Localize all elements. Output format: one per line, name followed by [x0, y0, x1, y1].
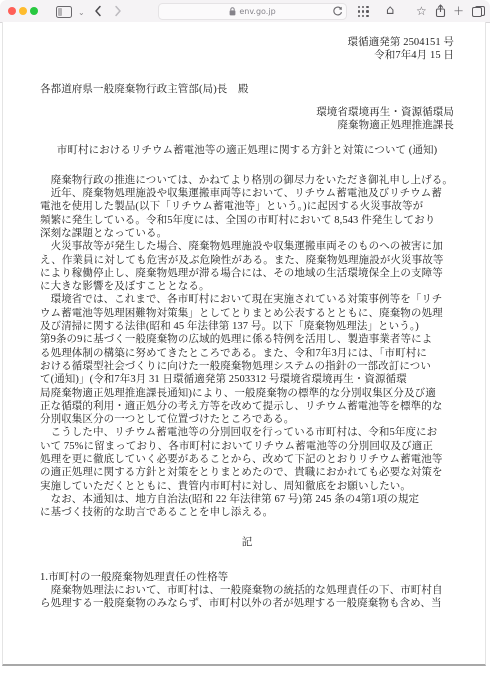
doc-body-line: なお、本通知は、地方自治法(昭和 22 年法律第 67 号)第 245 条の4第… — [40, 493, 454, 506]
doc-body-line: おける循環型社会づくりに向けた一般廃棄物処理システムの指針の一部改訂につい — [40, 360, 454, 373]
sidebar-icon[interactable] — [56, 6, 72, 18]
doc-body-line: 分別収集区分の一つとして位置づけたところである。 — [40, 413, 454, 426]
minimize-window-button[interactable] — [19, 7, 27, 15]
new-tab-icon[interactable]: + — [453, 5, 464, 18]
doc-body: 廃棄物行政の推進については、かねてより格別の御尽力をいただき御礼申し上げる。 近… — [40, 174, 454, 520]
chevron-down-icon[interactable]: ⌄ — [78, 8, 85, 17]
doc-body-line: 火災事故等が発生した場合、廃棄物処理施設や収集運搬車両そのものへの被害に加 — [40, 240, 454, 253]
doc-body-line: 正な循環的利用・適正処分の考え方等を改めて提示し、リチウム蓄電池等を標準的な — [40, 400, 454, 413]
lock-icon — [229, 7, 236, 16]
zoom-window-button[interactable] — [30, 7, 38, 15]
back-icon[interactable] — [94, 5, 102, 17]
doc-body-line: いて 75%に留まっており、各市町村においてリチウム蓄電池等の分別回収及び適正 — [40, 440, 454, 453]
browser-toolbar: ⌄ env.go.jp ⌂ ☆ + — [0, 0, 490, 23]
doc-body-line: て(通知)」(令和7年3月 31 日環循適発第 2503312 号環境省環境再生… — [40, 373, 454, 386]
doc-body-line: る処理体制の構築に努めてきたところである。また、令和7年3月には、「市町村に — [40, 347, 454, 360]
record-marker: 記 — [40, 536, 454, 549]
home-icon[interactable]: ⌂ — [386, 4, 394, 17]
section-1-heading: 1.市町村の一般廃棄物処理責任の性格等 — [40, 571, 454, 584]
sender-line: 環境省環境再生・資源循環局 — [40, 106, 454, 119]
doc-body-line: に基づく技術的な助言であることを申し添える。 — [40, 506, 454, 519]
document-number: 環循適発第 2504151 号 — [40, 36, 454, 49]
doc-body-line: 頻繁に発生している。令和5年度には、全国の市町村において 8,543 件発生して… — [40, 214, 454, 227]
doc-body-line: 近年、廃棄物処理施設や収集運搬車両等において、リチウム蓄電池及びリチウム蓄 — [40, 187, 454, 200]
browser-window: { "browser": { "url": "env.go.jp", "traf… — [0, 0, 490, 673]
sender-block: 環境省環境再生・資源循環局廃棄物適正処理推進課長 — [40, 106, 454, 133]
doc-body-line: に大きな影響を及ぼすこととなる。 — [40, 280, 454, 293]
doc-body-line: 廃棄物行政の推進については、かねてより格別の御尽力をいただき御礼申し上げる。 — [40, 174, 454, 187]
address-bar-url: env.go.jp — [239, 7, 275, 16]
reload-icon[interactable] — [332, 6, 343, 17]
section-body-line: ら処理する一般廃棄物のみならず、市町村以外の者が処理する一般廃棄物も含め、当 — [40, 597, 454, 610]
doc-body-line: 局廃棄物適正処理推進課長通知)により、一般廃棄物の標準的な分別収集区分及び適 — [40, 387, 454, 400]
doc-body-line: 第9条の9に基づく一般廃棄物の広域的処理に係る特例を活用し、製造事業者等によ — [40, 333, 454, 346]
sender-line: 廃棄物適正処理推進課長 — [40, 119, 454, 132]
doc-body-line: により稼働停止し、廃棄物処理が滞る場合には、その地域の生活環境保全上の支障等 — [40, 267, 454, 280]
document-title: 市町村におけるリチウム蓄電池等の適正処理に関する方針と対策について (通知) — [40, 144, 454, 157]
notice-document: 環循適発第 2504151 号 令和7年4月 15 日 各都道府県一般廃棄物行政… — [3, 22, 485, 611]
share-icon[interactable] — [435, 4, 446, 18]
doc-body-line: の適正処理に関する方針と対策をとりまとめたので、貴職におかれても必要な対策を — [40, 466, 454, 479]
forward-icon[interactable] — [114, 5, 122, 17]
recipient-line: 各都道府県一般廃棄物行政主管部(局)長 殿 — [40, 83, 454, 96]
doc-body-line: 処理を更に徹底していく必要があることから、改めて下記のとおりリチウム蓄電池等 — [40, 453, 454, 466]
tab-overview-icon[interactable] — [472, 6, 485, 17]
doc-body-line: 電池を使用した製品(以下「リチウム蓄電池等」という。)に起因する火災事故等が — [40, 200, 454, 213]
doc-body-line: ウム蓄電池等処理困難物対策集」としてとりまとめ公表するとともに、廃棄物の処理 — [40, 307, 454, 320]
document-page: 環循適発第 2504151 号 令和7年4月 15 日 各都道府県一般廃棄物行政… — [2, 22, 486, 666]
doc-body-line: え、作業員に対しても危害が及ぶ危険性がある。また、廃棄物処理施設が火災事故等 — [40, 254, 454, 267]
address-bar[interactable]: env.go.jp — [158, 3, 347, 20]
section-body-line: 廃棄物処理法において、市町村は、一般廃棄物の統括的な処理責任の下、市町村自 — [40, 584, 454, 597]
document-date: 令和7年4月 15 日 — [40, 49, 454, 62]
doc-body-line: 実施していただくとともに、貴管内市町村に対し、周知徹底をお願いしたい。 — [40, 480, 454, 493]
doc-body-line: 及び清掃に関する法律(昭和 45 年法律第 137 号。以下「廃棄物処理法」とい… — [40, 320, 454, 333]
section-1-body: 廃棄物処理法において、市町村は、一般廃棄物の統括的な処理責任の下、市町村自ら処理… — [40, 584, 454, 611]
grid-icon[interactable] — [358, 6, 369, 17]
doc-body-line: 環境省では、これまで、各市町村において現在実施されている対策事例等を「リチ — [40, 293, 454, 306]
close-window-button[interactable] — [8, 7, 16, 15]
favorites-icon[interactable]: ☆ — [416, 5, 427, 17]
doc-body-line: こうした中、リチウム蓄電池等の分別回収を行っている市町村は、令和5年度にお — [40, 426, 454, 439]
doc-body-line: 深刻な課題となっている。 — [40, 227, 454, 240]
